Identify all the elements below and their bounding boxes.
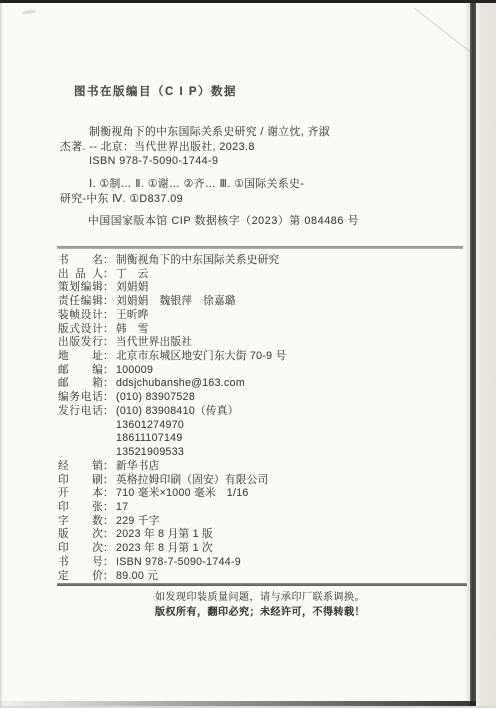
colophon-value: 新华书店 xyxy=(116,460,160,472)
colophon-label: 邮编 xyxy=(58,364,103,378)
colophon-label: 字数 xyxy=(58,515,103,529)
colophon-row-phone: 13521909533 xyxy=(58,446,463,460)
cip-header: 图书在版编目（C I P）数据 xyxy=(74,83,237,99)
colophon-table: 书名：制衡视角下的中东国际关系史研究 出品人：丁 云 策划编辑：刘娟娟 责任编辑… xyxy=(58,254,463,583)
divider-rule-top xyxy=(57,246,463,249)
colophon-row-postcode: 邮编：100009 xyxy=(58,364,463,378)
colophon-colon: ： xyxy=(103,405,116,419)
colophon-value: 13601274970 xyxy=(116,419,184,431)
colophon-label: 印刷 xyxy=(58,474,103,488)
colophon-label: 开本 xyxy=(58,487,103,501)
cip-description-line: 杰著. -- 北京：当代世界出版社, 2023.8 xyxy=(60,140,455,155)
colophon-colon: ： xyxy=(103,501,116,515)
divider-rule-bottom xyxy=(57,583,467,586)
cip-classification-line: 研究-中东 Ⅳ. ①D837.09 xyxy=(60,192,455,207)
colophon-colon: ： xyxy=(103,556,116,570)
colophon-label: 书名 xyxy=(58,254,103,268)
colophon-label: 地址 xyxy=(58,350,103,364)
colophon-colon: ： xyxy=(103,528,116,542)
colophon-label: 经销 xyxy=(58,460,103,474)
colophon-value: (010) 83908410（传真） xyxy=(116,405,239,417)
colophon-row-printing: 印次：2023 年 8 月第 1 次 xyxy=(58,542,463,556)
colophon-colon: ： xyxy=(103,254,116,268)
colophon-row-phone: 18611107149 xyxy=(58,432,463,446)
colophon-value: (010) 83907528 xyxy=(116,391,195,403)
colophon-label: 邮箱 xyxy=(58,377,103,391)
colophon-row-editorial-phone: 编务电话：(010) 83907528 xyxy=(58,391,463,405)
colophon-colon: ： xyxy=(103,336,116,350)
colophon-label: 版式设计 xyxy=(58,323,103,337)
colophon-value: 2023 年 8 月第 1 版 xyxy=(116,528,213,540)
colophon-colon: ： xyxy=(103,309,116,323)
colophon-label: 定价 xyxy=(58,570,103,584)
colophon-value: 刘娟娟 xyxy=(116,281,149,293)
colophon-value: 100009 xyxy=(116,364,153,376)
footer-notices: 如发现印装质量问题，请与承印厂联系调换。 版权所有，翻印必究；未经许可，不得转载… xyxy=(57,590,463,620)
colophon-row-distribution-phone: 发行电话：(010) 83908410（传真） xyxy=(58,405,463,419)
colophon-row-distributor: 经销：新华书店 xyxy=(58,460,463,474)
copyright-notice: 版权所有，翻印必究；未经许可，不得转载！ xyxy=(57,605,463,620)
colophon-row-responsible-editor: 责任编辑：刘娟娟 魏银萍 徐嘉璐 xyxy=(58,295,463,309)
colophon-colon: ： xyxy=(103,377,116,391)
colophon-row-edition: 版次：2023 年 8 月第 1 版 xyxy=(58,528,463,542)
scan-top-edge xyxy=(0,0,496,3)
colophon-colon: ： xyxy=(103,350,116,364)
colophon-value: 丁 云 xyxy=(116,268,149,280)
colophon-row-producer: 出品人：丁 云 xyxy=(58,268,463,282)
colophon-label: 编务电话 xyxy=(58,391,103,405)
colophon-colon: ： xyxy=(103,542,116,556)
colophon-colon: ： xyxy=(103,295,116,309)
colophon-colon: ： xyxy=(103,515,116,529)
colophon-colon: ： xyxy=(103,391,116,405)
colophon-colon: ： xyxy=(103,570,116,584)
colophon-row-layout-design: 版式设计：韩 雪 xyxy=(58,323,463,337)
colophon-colon: ： xyxy=(103,364,116,378)
colophon-row-price: 定价：89.00 元 xyxy=(58,570,463,584)
colophon-value: 北京市东城区地安门东大街 70-9 号 xyxy=(116,350,287,362)
colophon-row-wordcount: 字数：229 千字 xyxy=(58,515,463,529)
back-cover-strip xyxy=(476,0,496,708)
colophon-value: 13521909533 xyxy=(116,446,184,458)
colophon-row-binding-design: 装帧设计：王昕晔 xyxy=(58,309,463,323)
colophon-value: 制衡视角下的中东国际关系史研究 xyxy=(116,254,279,266)
colophon-value: ddsjchubanshe@163.com xyxy=(116,377,245,389)
cip-classification: Ⅰ. ①制… Ⅱ. ①谢… ②齐… Ⅲ. ①国际关系史- 研究-中东 Ⅳ. ①D… xyxy=(60,177,455,206)
colophon-colon: ： xyxy=(103,460,116,474)
colophon-label: 发行电话 xyxy=(58,405,103,419)
colophon-label: 责任编辑 xyxy=(58,295,103,309)
colophon-row-email: 邮箱：ddsjchubanshe@163.com xyxy=(58,377,463,391)
colophon-colon: ： xyxy=(103,268,116,282)
colophon-label: 出品人 xyxy=(58,268,103,282)
colophon-value: 王昕晔 xyxy=(116,309,149,321)
colophon-row-sheets: 印张：17 xyxy=(58,501,463,515)
colophon-label: 印张 xyxy=(58,501,103,515)
colophon-colon: ： xyxy=(103,323,116,337)
colophon-colon: ： xyxy=(103,474,116,488)
colophon-label: 出版发行 xyxy=(58,336,103,350)
colophon-row-planning-editor: 策划编辑：刘娟娟 xyxy=(58,281,463,295)
colophon-value: 刘娟娟 魏银萍 徐嘉璐 xyxy=(116,295,236,307)
colophon-value: 2023 年 8 月第 1 次 xyxy=(116,542,213,554)
colophon-label: 版次 xyxy=(58,528,103,542)
colophon-value: 英格拉姆印刷（固安）有限公司 xyxy=(116,474,269,486)
colophon-row-isbn: 书号：ISBN 978-7-5090-1744-9 xyxy=(58,556,463,570)
colophon-colon: ： xyxy=(103,281,116,295)
colophon-value: 229 千字 xyxy=(116,515,160,527)
colophon-value: 17 xyxy=(116,501,128,513)
colophon-label: 策划编辑 xyxy=(58,281,103,295)
colophon-value: 710 毫米×1000 毫米 1/16 xyxy=(116,487,249,499)
colophon-label: 印次 xyxy=(58,542,103,556)
colophon-value: ISBN 978-7-5090-1744-9 xyxy=(116,556,241,568)
colophon-label: 装帧设计 xyxy=(58,309,103,323)
quality-notice: 如发现印装质量问题，请与承印厂联系调换。 xyxy=(57,590,463,605)
colophon-row-printer: 印刷：英格拉姆印刷（固安）有限公司 xyxy=(58,474,463,488)
colophon-value: 89.00 元 xyxy=(116,570,158,582)
cip-classification-line: Ⅰ. ①制… Ⅱ. ①谢… ②齐… Ⅲ. ①国际关系史- xyxy=(60,177,455,192)
colophon-colon: ： xyxy=(103,487,116,501)
scanned-copyright-page: 图书在版编目（C I P）数据 制衡视角下的中东国际关系史研究 / 谢立忱, 齐… xyxy=(0,0,496,708)
cip-isbn-line: ISBN 978-7-5090-1744-9 xyxy=(60,154,455,169)
colophon-row-publisher: 出版发行：当代世界出版社 xyxy=(58,336,463,350)
cip-record-number: 中国国家版本馆 CIP 数据核字（2023）第 084486 号 xyxy=(88,213,359,228)
left-edge-shade xyxy=(0,0,3,708)
colophon-row-format: 开本：710 毫米×1000 毫米 1/16 xyxy=(58,487,463,501)
colophon-row-title: 书名：制衡视角下的中东国际关系史研究 xyxy=(58,254,463,268)
colophon-value: 当代世界出版社 xyxy=(116,336,192,348)
colophon-value: 韩 雪 xyxy=(116,323,149,335)
colophon-row-phone: 13601274970 xyxy=(58,419,463,433)
colophon-value: 18611107149 xyxy=(116,432,183,444)
colophon-row-address: 地址：北京市东城区地安门东大街 70-9 号 xyxy=(58,350,463,364)
colophon-label: 书号 xyxy=(58,556,103,570)
cip-description-line: 制衡视角下的中东国际关系史研究 / 谢立忱, 齐淑 xyxy=(60,125,455,140)
cip-description: 制衡视角下的中东国际关系史研究 / 谢立忱, 齐淑 杰著. -- 北京：当代世界… xyxy=(60,125,455,169)
